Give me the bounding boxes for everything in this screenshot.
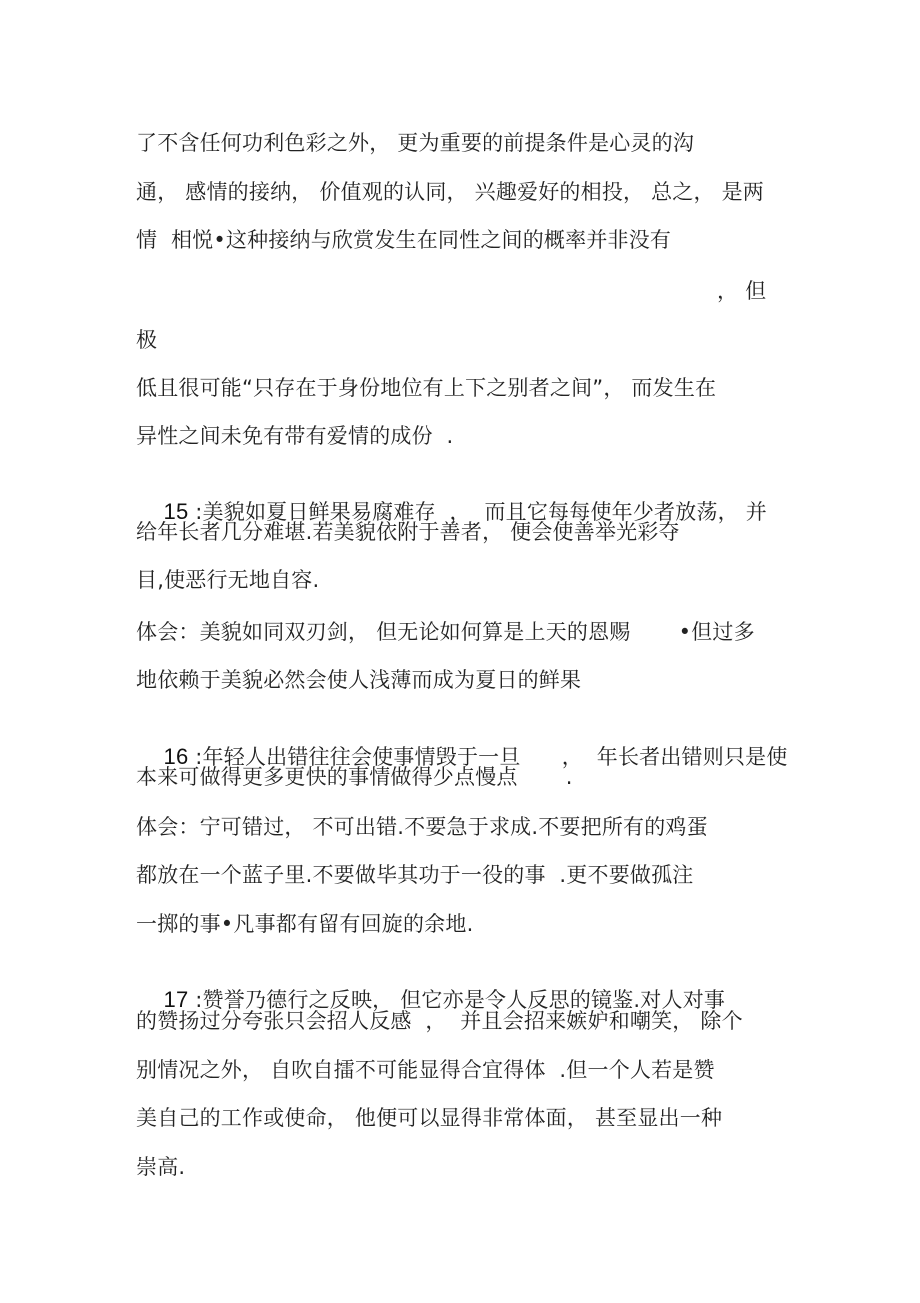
document-page: 了不含任何功利色彩之外， 更为重要的前提条件是心灵的沟 通， 感情的接纳， 价值… bbox=[0, 0, 920, 1303]
text-line-7: 异性之间未免有带有爱情的成份 . bbox=[136, 422, 453, 450]
text-line-3: 情 相悦•这种接纳与欣赏发生在同性之间的概率并非没有 bbox=[136, 226, 671, 254]
item-17-line-5: 崇高. bbox=[136, 1153, 185, 1181]
text-line-1: 了不含任何功利色彩之外， 更为重要的前提条件是心灵的沟 bbox=[136, 129, 694, 157]
text-line-4: ， 但 bbox=[717, 277, 766, 305]
item-17-line-4: 美自己的工作或使命， 他便可以显得非常体面， 甚至显出一种 bbox=[136, 1104, 722, 1132]
item-17-line-3: 别情况之外， 自吹自擂不可能显得合宜得体 .但一个人若是赞 bbox=[136, 1056, 715, 1084]
item-17-line-2: 的赞扬过分夸张只会招人反感 ， 并且会招来嫉妒和嘲笑， 除个 bbox=[136, 1007, 743, 1035]
item-15-line-2: 给年长者几分难堪.若美貌依附于善者， 便会使善举光彩夺 bbox=[136, 518, 680, 546]
text-line-6: 低且很可能“只存在于身份地位有上下之别者之间”， 而发生在 bbox=[136, 374, 716, 402]
reflection-16-line-2: 都放在一个蓝子里.不要做毕其功于一役的事 .更不要做孤注 bbox=[136, 861, 694, 889]
text-line-5: 极 bbox=[136, 326, 157, 354]
reflection-16-line-1: 体会：宁可错过， 不可出错.不要急于求成.不要把所有的鸡蛋 bbox=[136, 813, 708, 841]
item-15-line-3: 目,使恶行无地自容. bbox=[136, 566, 319, 594]
reflection-15-line-1: 体会：美貌如同双刃剑， 但无论如何算是上天的恩赐 •但过多 bbox=[136, 618, 755, 646]
reflection-16-line-3: 一掷的事•凡事都有留有回旋的余地. bbox=[136, 910, 473, 938]
reflection-15-line-2: 地依赖于美貌必然会使人浅薄而成为夏日的鲜果 bbox=[136, 666, 581, 694]
text-line-2: 通， 感情的接纳， 价值观的认同， 兴趣爱好的相投， 总之， 是两 bbox=[136, 178, 764, 206]
item-16-line-2: 本来可做得更多更快的事情做得少点慢点 . bbox=[136, 763, 573, 791]
